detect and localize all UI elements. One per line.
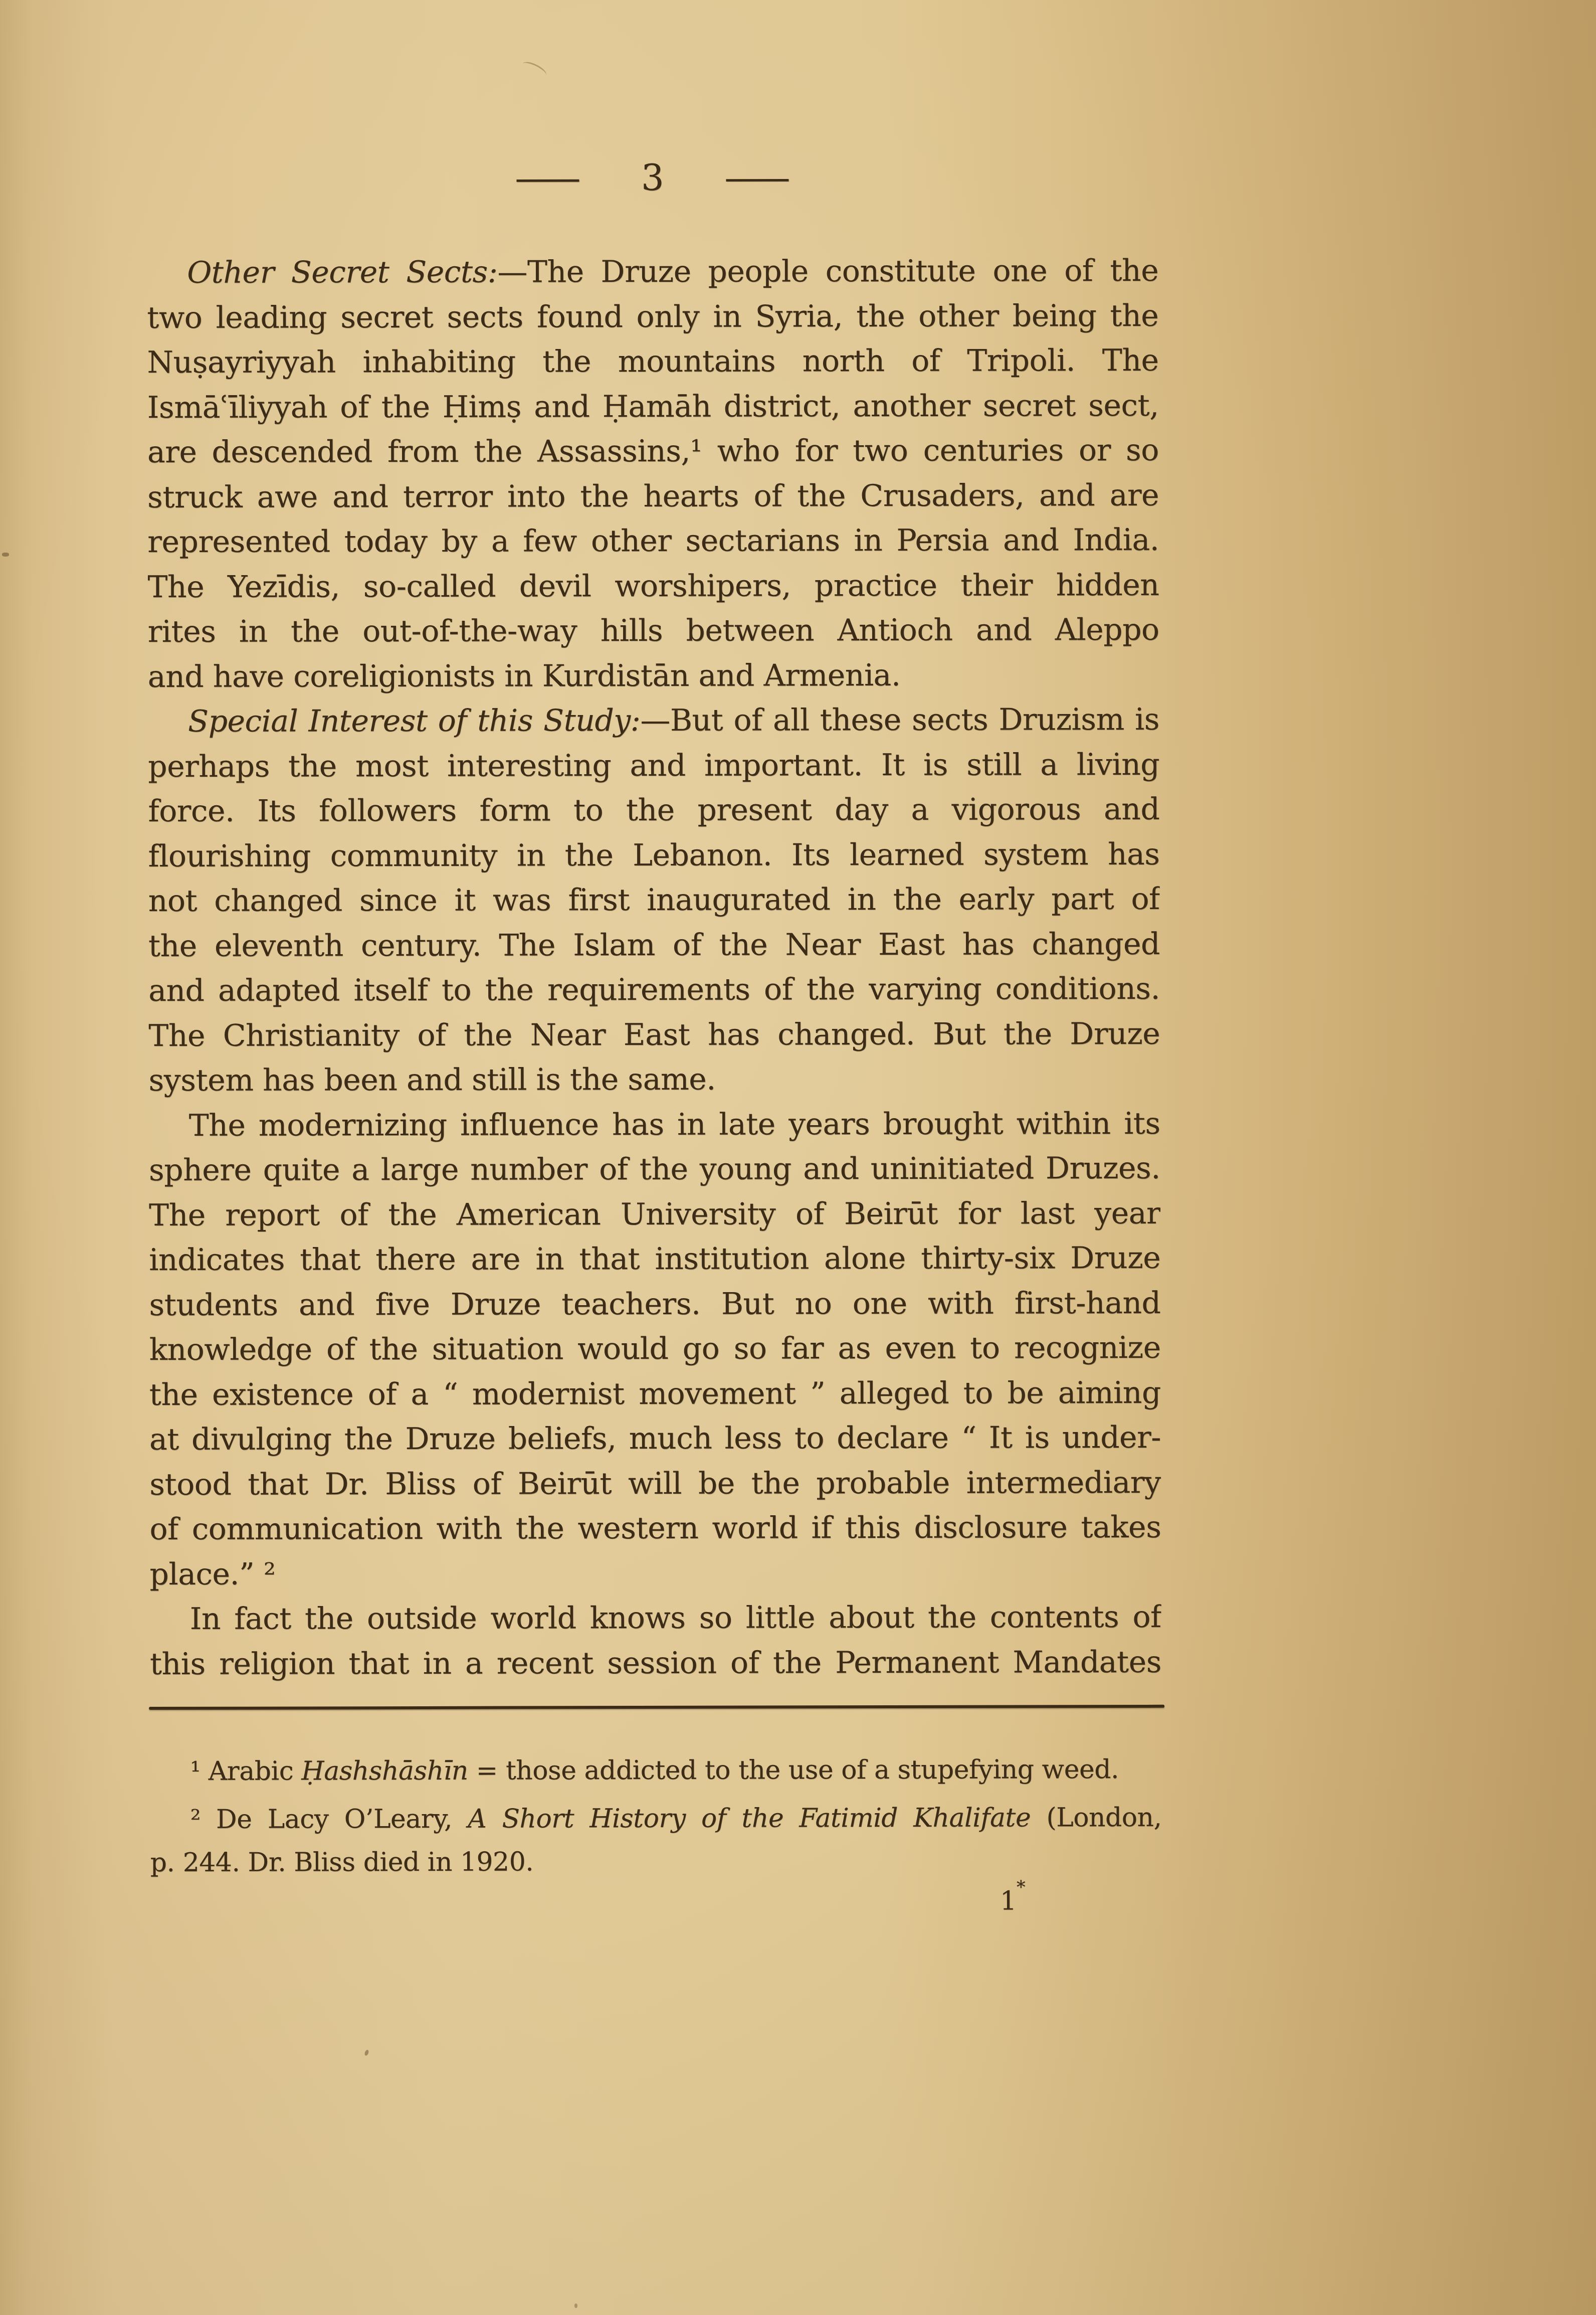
paper-edge-nick [2,553,9,557]
footnote-marker-text: ¹ Arabic [190,1756,301,1786]
text-line: The report of the American University of… [149,1191,1160,1238]
footnote-italic-term: Ḥashshāshīn [301,1756,468,1787]
paragraph-other-secret-sects: Other Secret Sects:—The Druze people con… [147,249,1159,699]
paragraph-special-interest: Special Interest of this Study:—But of a… [148,697,1160,1104]
footnote-2: ² De Lacy O’Leary, A Short History of th… [150,1796,1162,1884]
page-number-dash-left: — [513,159,582,196]
text-line: Nuṣayriyyah inhabiting the mountains nor… [147,338,1158,386]
text-line: Ismāʿīliyyah of the Ḥimṣ and Ḥamāh distr… [147,383,1159,430]
footnote-1: ¹ Arabic Ḥashshāshīn = those addicted to… [150,1748,1161,1793]
text-line-rest: —But of all these sects Druzism is [640,702,1159,738]
text-line: rites in the out-of-the-way hills betwee… [148,608,1159,655]
text-line: Other Secret Sects:—The Druze people con… [147,249,1158,296]
text-line: Special Interest of this Study:—But of a… [148,697,1159,745]
footnote-book-title: A Short History of the Fatimid Khalifate [468,1803,1031,1834]
text-line: represented today by a few other sectari… [147,518,1159,565]
paragraph-outside-world: In fact the outside world knows so littl… [150,1595,1161,1687]
text-line: stood that Dr. Bliss of Beirūt will be t… [149,1460,1161,1507]
paragraph-lead-italic: Special Interest of this Study: [188,703,641,739]
text-line: The modernizing influence has in late ye… [149,1101,1160,1148]
text-line: students and five Druze teachers. But no… [149,1281,1160,1328]
page-content: — 3 — Other Secret Sects:—The Druze peop… [146,0,1163,2315]
text-line: the eleventh century. The Islam of the N… [148,922,1160,969]
text-line: of communication with the western world … [149,1505,1161,1552]
footnote-line: ¹ Arabic Ḥashshāshīn = those addicted to… [150,1748,1161,1793]
footnotes: ¹ Arabic Ḥashshāshīn = those addicted to… [150,1748,1162,1889]
text-line: In fact the outside world knows so littl… [150,1595,1161,1642]
text-line: and have coreligionists in Kurdistān and… [148,652,1159,699]
text-line: force. Its followers form to the present… [148,787,1159,834]
text-line: are descended from the Assassins,¹ who f… [147,428,1159,475]
text-line: knowledge of the situation would go so f… [149,1326,1161,1373]
text-line: flourishing community in the Lebanon. It… [148,832,1159,879]
text-line: at divulging the Druze beliefs, much les… [149,1415,1161,1463]
text-line: The Yezīdis, so-called devil worshipers,… [147,563,1159,610]
text-line: place.” ² [149,1550,1161,1597]
text-line: two leading secret sects found only in S… [147,293,1158,340]
text-line-rest: —The Druze people constitute one of the [497,253,1158,290]
text-line: indicates that there are in that institu… [149,1236,1160,1283]
text-line: and adapted itself to the requirements o… [148,967,1160,1014]
paragraph-modernizing-influence: The modernizing influence has in late ye… [149,1101,1161,1597]
text-line: system has been and still is the same. [148,1056,1160,1104]
signature-mark: 1* [1000,1872,1027,1916]
paragraph-lead-italic: Other Secret Sects: [187,255,497,290]
text-line: perhaps the most interesting and importa… [148,742,1159,789]
signature-star: * [1017,1877,1027,1897]
text-line: sphere quite a large number of the young… [149,1146,1160,1193]
footnote-line: ² De Lacy O’Leary, A Short History of th… [150,1796,1162,1841]
text-line: the existence of a “ modernist movement … [149,1370,1161,1417]
signature-number: 1 [1000,1886,1017,1916]
footnote-marker-text: ² De Lacy O’Leary, [190,1804,468,1835]
text-line: struck awe and terror into the hearts of… [147,473,1159,520]
scanned-book-page: { "page": { "number": "3", "dash": "—", … [0,0,1596,2315]
text-line: this religion that in a recent session o… [150,1640,1161,1687]
page-header: — 3 — [147,158,1158,197]
page-number-dash-right: — [723,159,791,195]
footnote-rule [149,1705,1164,1710]
text-line: The Christianity of the Near East has ch… [148,1011,1160,1058]
body-text: Other Secret Sects:—The Druze people con… [147,249,1161,1687]
text-line: not changed since it was first inaugurat… [148,877,1160,924]
footnote-rest: = those addicted to the use of a stupefy… [468,1754,1119,1786]
page-number: 3 [641,159,664,196]
